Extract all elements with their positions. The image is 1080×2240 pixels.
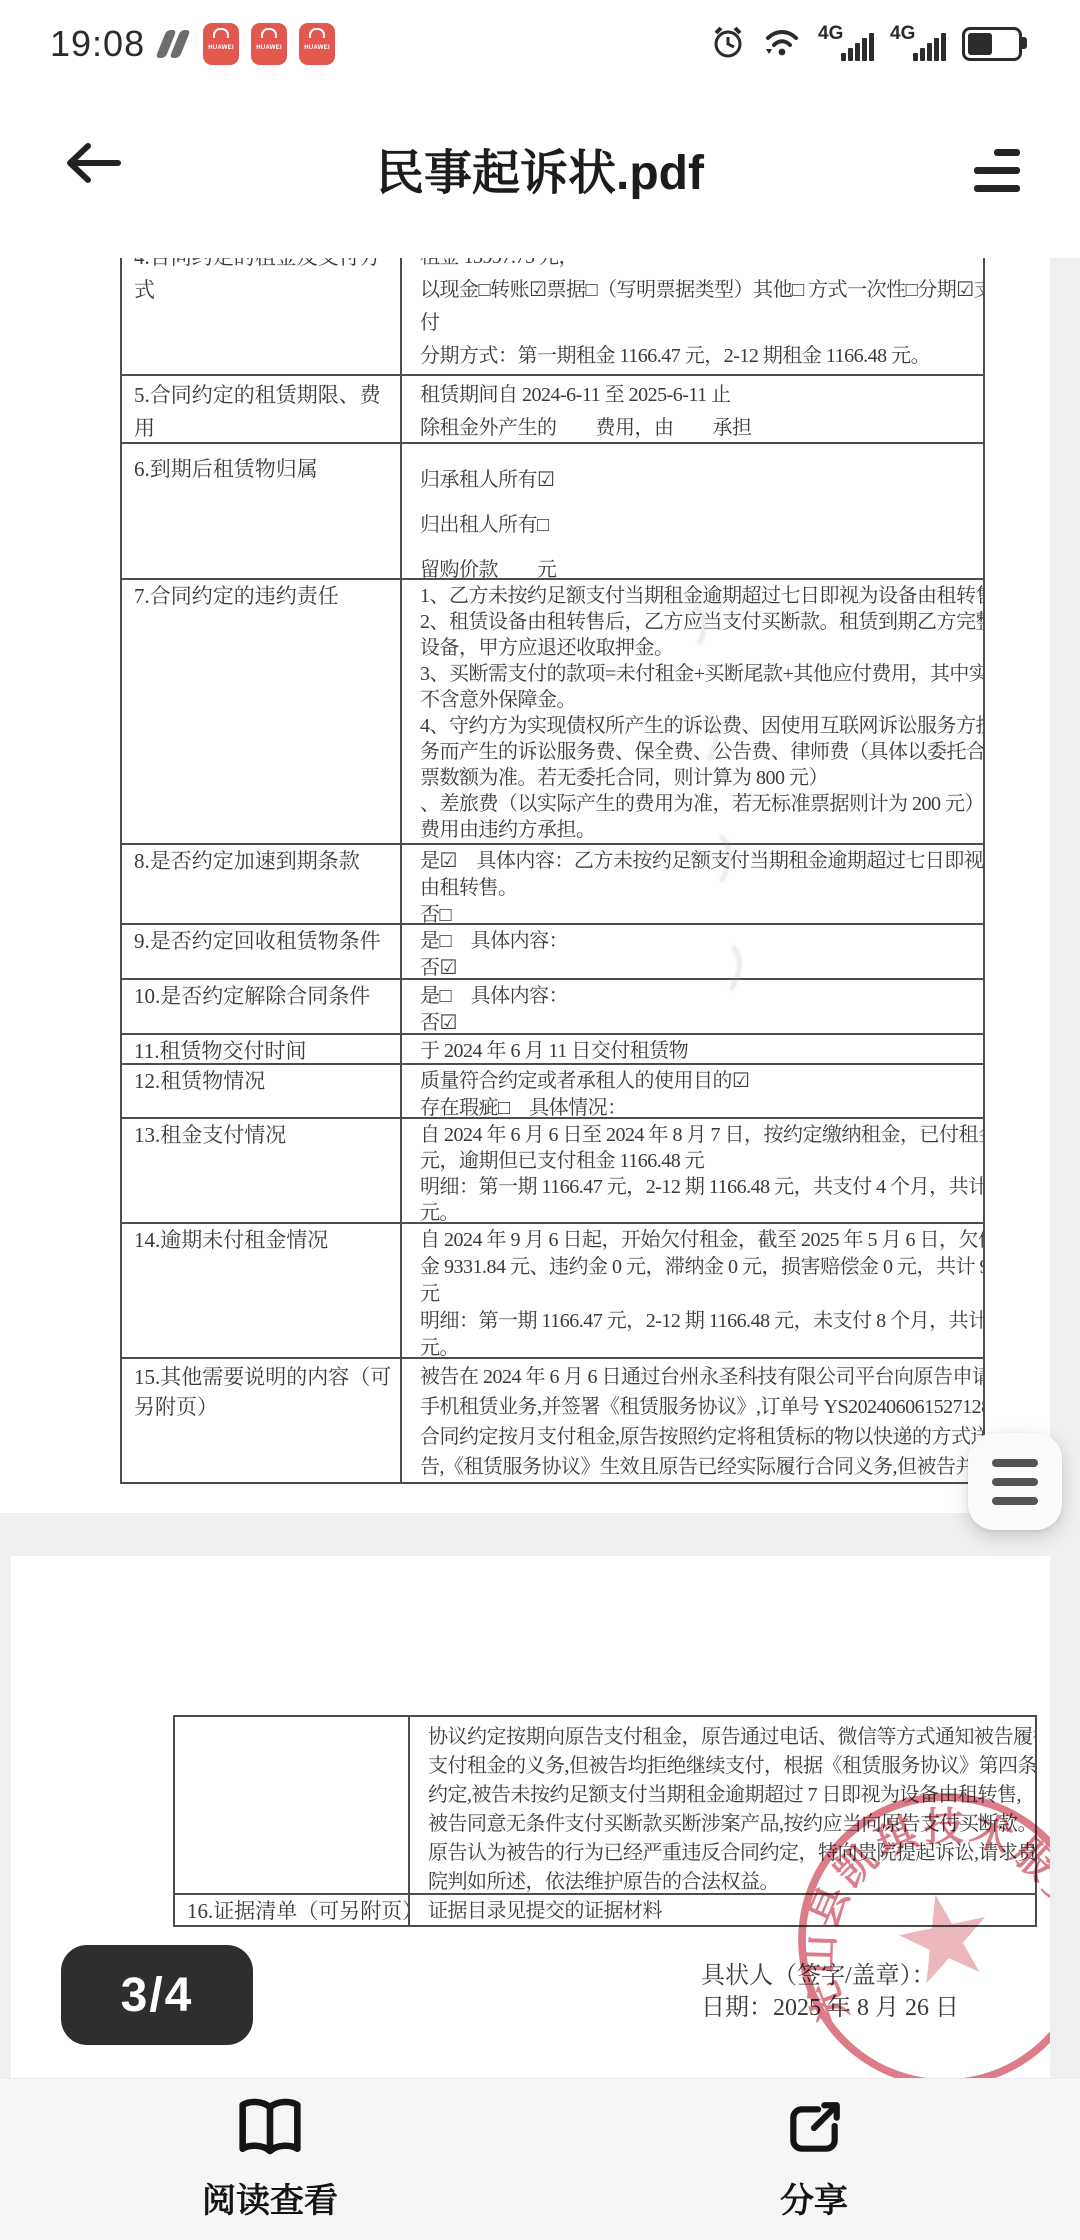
- row-label-cell: 7.合同约定的违约责任: [122, 580, 402, 843]
- row-content-cell: 被告在 2024 年 6 月 6 日通过台州永圣科技有限公司平台向原告申请办理手…: [402, 1359, 983, 1482]
- health-app-icon: [157, 28, 191, 60]
- table-row: 10.是否约定解除合同条件是□ 具体内容：否☑: [122, 980, 983, 1035]
- row-label-cell: 5.合同约定的租赁期限、费用: [122, 376, 402, 442]
- read-view-label: 阅读查看: [202, 2173, 338, 2222]
- row-content-cell: 质量符合约定或者承租人的使用目的☑存在瑕疵□ 具体情况：: [402, 1065, 983, 1117]
- table-row: 7.合同约定的违约责任1、乙方未按约足额支付当期租金逾期超过七日即视为设备由租转…: [122, 580, 983, 845]
- row-content-cell: 租赁期间自 2024-6-11 至 2025-6-11 止除租金外产生的 费用，…: [402, 376, 983, 442]
- row-content-cell: 租金 13997.75 元，以现金□转账☑票据□（写明票据类型）其他□ 方式一次…: [402, 258, 983, 374]
- row-label-cell: 11.租赁物交付时间: [122, 1035, 402, 1063]
- book-open-icon: [235, 2097, 305, 2159]
- row-label-cell: 9.是否约定回收租赁物条件: [122, 925, 402, 978]
- bag-handle-icon: [213, 28, 229, 38]
- huawei-app-icon: HUAWEI: [203, 23, 239, 65]
- wifi-icon: [762, 25, 802, 64]
- signal-4g-icon: 4G: [890, 23, 946, 65]
- pdf-page-3: 4.合同约定的租金及支付方式租金 13997.75 元，以现金□转账☑票据□（写…: [0, 258, 1050, 1513]
- hamburger-icon: [992, 1459, 1038, 1467]
- share-button[interactable]: 分享: [704, 2097, 924, 2222]
- row-label-cell: 10.是否约定解除合同条件: [122, 980, 402, 1033]
- row-label-cell: 8.是否约定加速到期条款: [122, 845, 402, 923]
- row-label-cell: 13.租金支付情况: [122, 1119, 402, 1222]
- page-title: 民事起诉状.pdf: [0, 134, 1080, 203]
- table-row: 6.到期后租赁物归属归承租人所有☑归出租人所有□留购价款 元: [122, 444, 983, 580]
- row-label-cell: 6.到期后租赁物归属: [122, 444, 402, 578]
- bag-handle-icon: [261, 28, 277, 38]
- row-content-cell: 归承租人所有☑归出租人所有□留购价款 元: [402, 444, 983, 578]
- menu-icon: [994, 149, 1020, 156]
- row-label-cell: 12.租赁物情况: [122, 1065, 402, 1117]
- page-indicator-badge: 3/4: [61, 1945, 253, 2045]
- table-row: 14.逾期未付租金情况自 2024 年 9 月 6 日起，开始欠付租金，截至 2…: [122, 1224, 983, 1359]
- read-view-button[interactable]: 阅读查看: [160, 2097, 380, 2222]
- table-row: 15.其他需要说明的内容（可另附页）被告在 2024 年 6 月 6 日通过台州…: [122, 1359, 983, 1482]
- clock-time: 19:08: [50, 23, 145, 65]
- scan-artifact: [678, 598, 758, 1018]
- status-bar: 19:08 HUAWEI HUAWEI HUAWEI 4G: [0, 0, 1080, 88]
- row-label-cell: 4.合同约定的租金及支付方式: [122, 258, 402, 374]
- table-row: 9.是否约定回收租赁物条件是□ 具体内容：否☑: [122, 925, 983, 980]
- huawei-app-icon: HUAWEI: [251, 23, 287, 65]
- pdf-viewport[interactable]: 4.合同约定的租金及支付方式租金 13997.75 元，以现金□转账☑票据□（写…: [0, 258, 1080, 2078]
- table-row: 5.合同约定的租赁期限、费用租赁期间自 2024-6-11 至 2025-6-1…: [122, 376, 983, 444]
- row-content-cell: 自 2024 年 6 月 6 日至 2024 年 8 月 7 日，按约定缴纳租金…: [402, 1119, 983, 1222]
- signal-4g-icon: 4G: [818, 23, 874, 65]
- table-row: 13.租金支付情况自 2024 年 6 月 6 日至 2024 年 8 月 7 …: [122, 1119, 983, 1224]
- bottom-toolbar: 阅读查看 分享: [0, 2078, 1080, 2240]
- bag-handle-icon: [309, 28, 325, 38]
- row-content-cell: 自 2024 年 9 月 6 日起，开始欠付租金，截至 2025 年 5 月 6…: [402, 1224, 983, 1357]
- app-header: 民事起诉状.pdf: [0, 88, 1080, 258]
- row-label-cell: 14.逾期未付租金情况: [122, 1224, 402, 1357]
- more-menu-button[interactable]: [972, 146, 1020, 194]
- row-content-cell: 于 2024 年 6 月 11 日交付租赁物: [402, 1035, 983, 1063]
- table-row: 11.租赁物交付时间于 2024 年 6 月 11 日交付租赁物: [122, 1035, 983, 1065]
- battery-icon: [962, 27, 1022, 61]
- outline-menu-fab[interactable]: [968, 1433, 1062, 1530]
- complaint-table-page3: 4.合同约定的租金及支付方式租金 13997.75 元，以现金□转账☑票据□（写…: [120, 258, 985, 1484]
- row-label-cell: 15.其他需要说明的内容（可另附页）: [122, 1359, 402, 1482]
- red-seal: 光山县凯琪技术服务部: [780, 1775, 1050, 2078]
- row-label-cell: 16.证据清单（可另附页）: [175, 1895, 410, 1925]
- row-label-cell: [175, 1717, 410, 1893]
- table-row: 8.是否约定加速到期条款是☑ 具体内容：乙方未按约足额支付当期租金逾期超过七日即…: [122, 845, 983, 925]
- table-row: 4.合同约定的租金及支付方式租金 13997.75 元，以现金□转账☑票据□（写…: [122, 258, 983, 376]
- share-label: 分享: [780, 2173, 848, 2222]
- share-icon: [783, 2097, 845, 2159]
- huawei-app-icon: HUAWEI: [299, 23, 335, 65]
- table-row: 12.租赁物情况质量符合约定或者承租人的使用目的☑存在瑕疵□ 具体情况：: [122, 1065, 983, 1119]
- alarm-clock-icon: [710, 24, 746, 65]
